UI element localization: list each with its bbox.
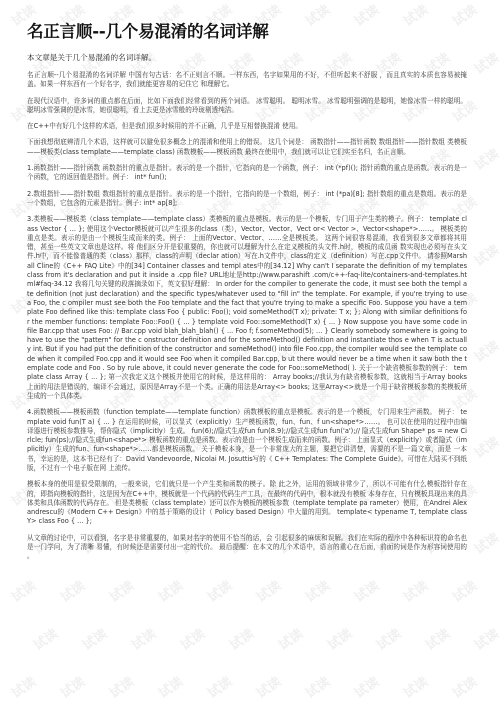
watermark-text: 试读 — [323, 623, 355, 653]
paragraph-cpp-terms: 在C++中有好几个这样的术语，但是我们很多时候用的并不正确，几乎是互相替换混淆 … — [27, 122, 467, 131]
watermark-text: 试读 — [470, 47, 499, 77]
watermark-text: 试读 — [7, 575, 39, 605]
paragraph-conclusion: 从文章的讨论中，可以看到，名字是非常重要的，如果对名字的使用不恰当的话，会 引起… — [27, 534, 467, 562]
watermark-text: 试读 — [470, 527, 499, 557]
watermark-text: 试读 — [274, 623, 306, 653]
watermark-text: 试读 — [252, 575, 284, 605]
watermark-text: 试读 — [350, 671, 382, 701]
paragraph-array-pointer: 2.数组指针——指针数组 数组指针的重点是指针。表示的是一个指针，它指向的是一个… — [27, 190, 467, 209]
document-page: 名正言顺--几个易混淆的名词详解 本文章是关于几个易混淆的名词详解。 名正言顺-… — [27, 22, 467, 569]
watermark-text: 试读 — [301, 671, 333, 701]
watermark-text: 试读 — [399, 575, 431, 605]
paragraph-function-pointer: 1.函数指针——指针函数 函数指针的重点是指针。表示的是一个指针，它指向的是一个… — [27, 164, 467, 183]
watermark-text: 试读 — [154, 671, 186, 701]
watermark-text: 试读 — [448, 575, 480, 605]
paragraph-term-list: 下面我想彻底辨清几个术语，这样就可以避免很多概念上的混淆和使用上的错误。 这几个… — [27, 138, 467, 157]
watermark-text: 试读 — [225, 623, 257, 653]
watermark-text: 试读 — [350, 575, 382, 605]
watermark-text: 试读 — [448, 671, 480, 701]
watermark-text: 试读 — [470, 431, 499, 461]
watermark-text: 试读 — [399, 671, 431, 701]
paragraph-template-usage: 模板本身的使用是很受限制的，一般来说，它们就只是一个产生类和函数的模子。除 此之… — [27, 480, 467, 526]
paragraph-function-template: 4.函数模板——模板函数（function template——template… — [27, 408, 467, 473]
watermark-text: 试读 — [154, 575, 186, 605]
watermark-text: 试读 — [7, 671, 39, 701]
watermark-text: 试读 — [78, 623, 110, 653]
intro-paragraph: 本文章是关于几个易混淆的名词详解。 — [27, 53, 467, 63]
watermark-text: 试读 — [56, 671, 88, 701]
watermark-text: 试读 — [470, 335, 499, 365]
watermark-text: 试读 — [301, 575, 333, 605]
watermark-text: 试读 — [372, 623, 404, 653]
watermark-text: 试读 — [105, 575, 137, 605]
watermark-text: 试读 — [176, 623, 208, 653]
watermark-text: 试读 — [105, 671, 137, 701]
document-title: 名正言顺--几个易混淆的名词详解 — [27, 22, 467, 42]
watermark-text: 试读 — [203, 575, 235, 605]
watermark-text: 试读 — [470, 143, 499, 173]
watermark-text: 试读 — [127, 623, 159, 653]
watermark-text: 试读 — [29, 623, 61, 653]
watermark-text: 试读 — [470, 239, 499, 269]
watermark-text: 试读 — [252, 671, 284, 701]
watermark-text: 试读 — [421, 623, 453, 653]
paragraph-modern-chinese: 在现代汉语中，许多词的重点都在后面，比如下面我们经常看到的两个词语。 冰雪聪明。… — [27, 97, 467, 116]
paragraph-opening: 名正言顺--几个易混淆的名词详解 中国有句古话：名不正则言不顺。一样东西，名字如… — [27, 71, 467, 90]
watermark-text: 试读 — [203, 671, 235, 701]
paragraph-class-template: 3.类模板——模板类（class template——template clas… — [27, 215, 467, 401]
watermark-text: 试读 — [56, 575, 88, 605]
watermark-text: 试读 — [470, 623, 499, 653]
